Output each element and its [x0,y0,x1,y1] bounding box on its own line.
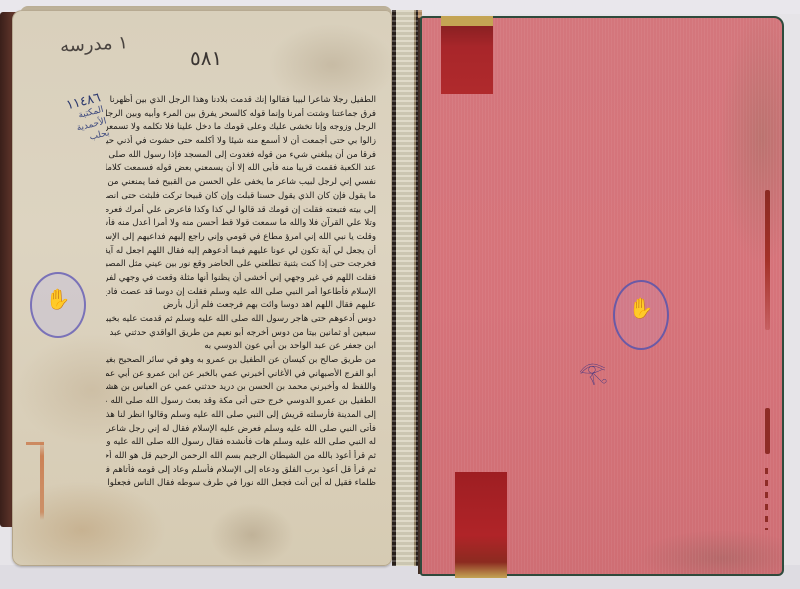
manuscript-line: ثم قرأ قل أعوذ برب الفلق ودعاه إلى الإسل… [106,464,376,478]
manuscript-line: إلى المدينة فأرسلته قريش إلى النبي صلى ا… [106,409,376,423]
manuscript-line: ابن جعفر عن عبد الواحد بن أبي عون الدوسي… [106,340,376,354]
tughra-seal: 𓂀 [562,368,624,410]
manuscript-line: ثم قرأ أعوذ بالله من الشيطان الرجيم بسم … [106,450,376,464]
manuscript-line: وتلا علي القرآن فلا والله ما سمعت قولا ق… [106,217,376,231]
manuscript-line: سبعين أو ثمانين بيتا من دوس أخرجه أبو نع… [106,327,376,341]
shelfmark-note: ١ مدرسه [59,32,128,57]
red-wax-streak [765,408,770,454]
manuscript-line: فرق جماعتنا وشتت أمرنا وإنما قوله كالسحر… [106,108,376,122]
manuscript-line: فأتى النبي صلى الله عليه وسلم فعرض عليه … [106,423,376,437]
manuscript-line: عليهم فقال اللهم اهد دوسا وائت بهم فرجعت… [106,299,376,313]
manuscript-line: الرجل وزوجه وإنا نخشى عليك وعلى قومك ما … [106,121,376,135]
manuscript-line: فرقا من أن يبلغني شيء من قوله فغدوت إلى … [106,149,376,163]
red-cloth-tab-bottom [455,472,507,578]
manuscript-line: ظلماء فقيل له أين أنت فجعل الله نورا في … [106,477,376,488]
manuscript-line: دوس أدعوهم حتى هاجر رسول الله صلى الله ع… [106,313,376,327]
manuscript-line: واللفظ له وأخبرني محمد بن الحسن بن دريد … [106,381,376,395]
red-ink-mark [40,440,44,520]
manuscript-line: زالوا بي حتى أجمعت أن لا أسمع منه شيئا و… [106,135,376,149]
manuscript-line: نفسي إني لرجل لبيب شاعر ما يخفى علي الحس… [106,176,376,190]
manuscript-line: الطفيل رجلا شاعرا لبيبا فقالوا إنك قدمت … [106,94,376,108]
red-cloth-tab-top [441,16,493,94]
library-stamp-right: ✋ [613,280,669,350]
library-stamp-left: ✋ [30,272,86,338]
manuscript-line: عند الكعبة فقمت قريبا منه فأبى الله إلا … [106,162,376,176]
hand-emblem-icon: ✋ [629,296,654,320]
folio-number: ٥٨١ [190,46,222,70]
arabic-text-block: الطفيل رجلا شاعرا لبيبا فقالوا إنك قدمت … [106,94,376,488]
manuscript-line: ما يقول فإن كان الذي يقول حسنا قبلت وإن … [106,190,376,204]
manuscript-line: فخرجت حتى إذا كنت بثنية تطلعني على الحاض… [106,258,376,272]
manuscript-line: له النبي صلى الله عليه وسلم هات فأنشده ف… [106,436,376,450]
red-wax-streak [765,190,770,330]
red-wax-dots [765,468,768,530]
manuscript-line: الطفيل بن عمرو الدوسي خرج حتى أتى مكة وق… [106,395,376,409]
hand-emblem-icon: ✋ [46,287,71,311]
manuscript-line: من طريق صالح بن كيسان عن الطفيل بن عمرو … [106,354,376,368]
manuscript-line: أن يجعل لي آية تكون لي عونا عليهم فيما أ… [106,245,376,259]
manuscript-line: أبو الفرج الأصبهاني في الأغاني أخبرني عم… [106,368,376,382]
manuscript-line: وقلت يا نبي الله إني امرؤ مطاع في قومي و… [106,231,376,245]
manuscript-line: إلى بيته فتبعته فقلت إن قومك قد قالوا لي… [106,204,376,218]
manuscript-line: الإسلام فأطاعوا أمر النبي صلى الله عليه … [106,286,376,300]
manuscript-line: فقلت اللهم في غير وجهي إني أخشى أن يظنوا… [106,272,376,286]
